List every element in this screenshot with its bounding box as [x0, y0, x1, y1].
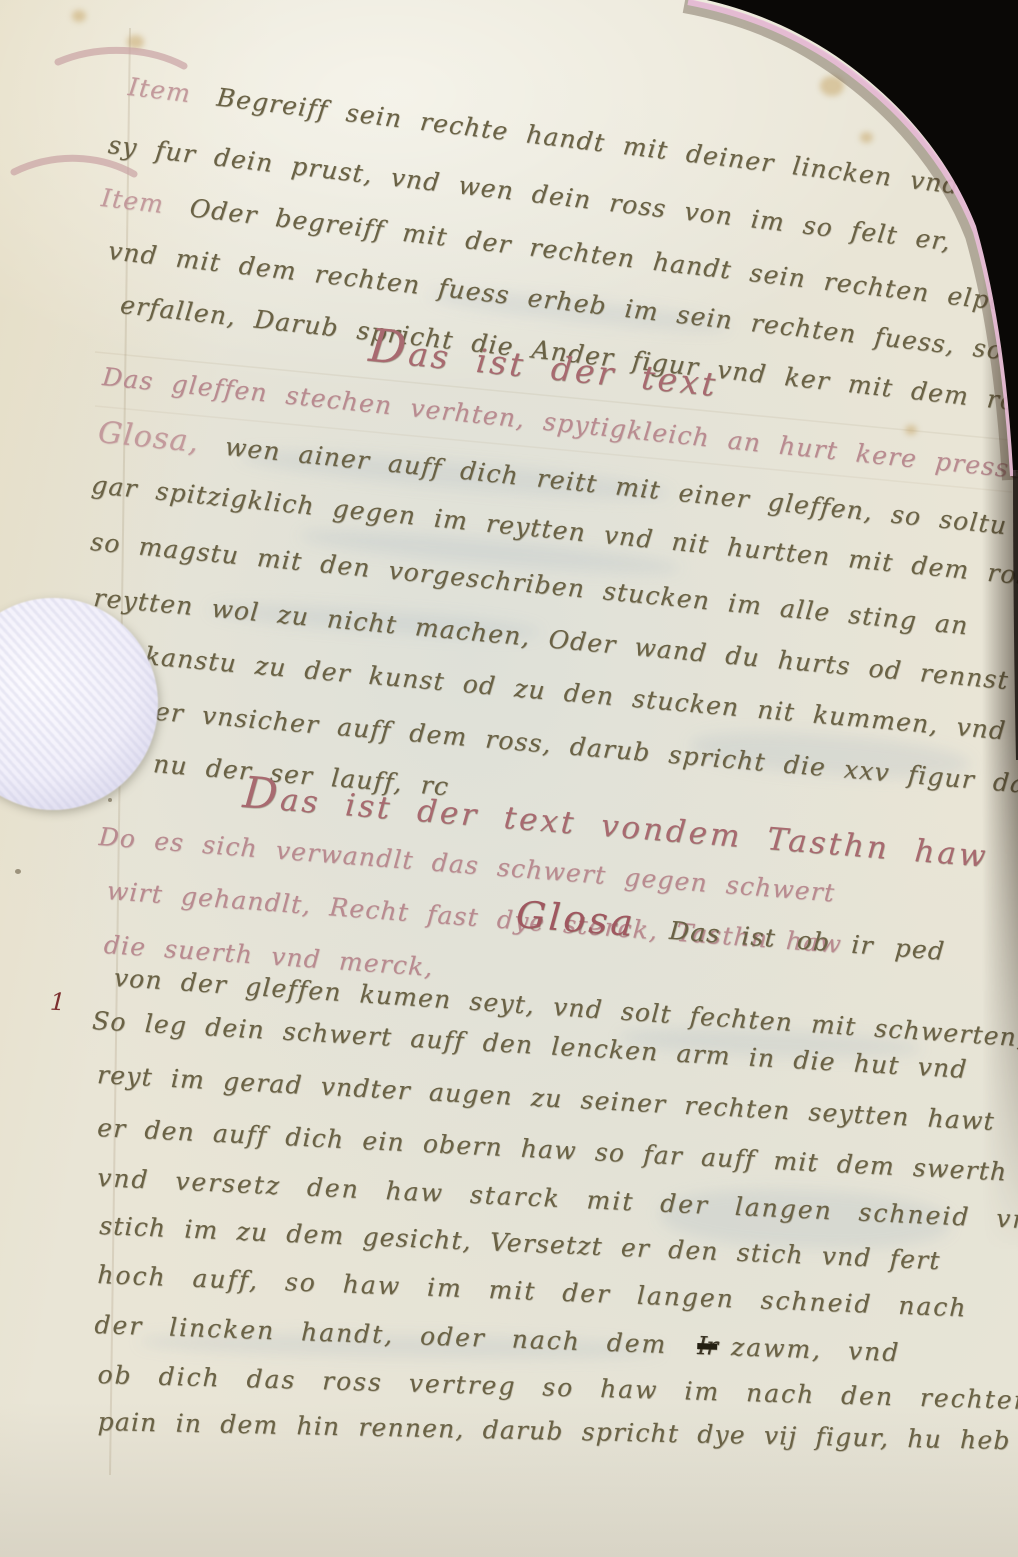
manuscript-photo: ItemBegreiff sein rechte handt mit deine… — [0, 0, 1018, 1557]
foxing-spot — [905, 425, 917, 435]
foxing-spot — [72, 10, 86, 22]
glosa-rubric-lead: Glosa — [515, 893, 638, 945]
line-text: zawm, vnd — [731, 1332, 901, 1367]
foxing-spot — [127, 35, 144, 49]
dirt-speck — [15, 869, 21, 874]
foxing-spot — [860, 132, 873, 143]
struck-word: Ir — [697, 1331, 718, 1361]
page-edge-shadow — [982, 92, 1018, 1252]
margin-number: 1 — [49, 988, 66, 1017]
foxing-spot — [820, 76, 844, 96]
dirt-speck — [108, 798, 112, 802]
